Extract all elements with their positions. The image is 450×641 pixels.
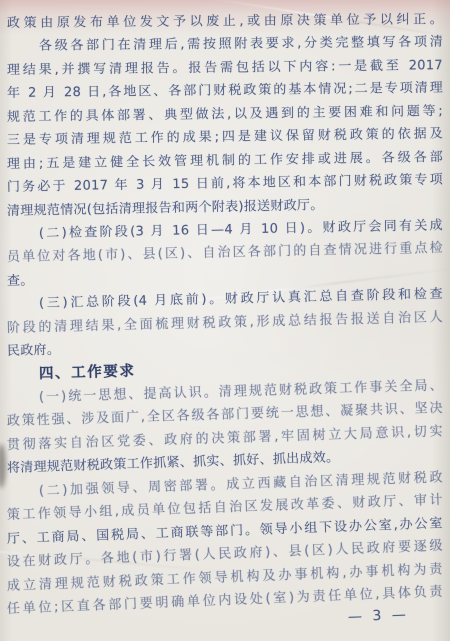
scanned-page: 政策由原发布单位发文予以废止,或由原决策单位予以纠正。各级各部门在清理后,需按照…	[0, 0, 450, 641]
scan-smudge	[0, 444, 6, 488]
document-text: 政策由原发布单位发文予以废止,或由原决策单位予以纠正。各级各部门在清理后,需按照…	[7, 12, 443, 621]
page-number: — 3 —	[348, 607, 409, 625]
